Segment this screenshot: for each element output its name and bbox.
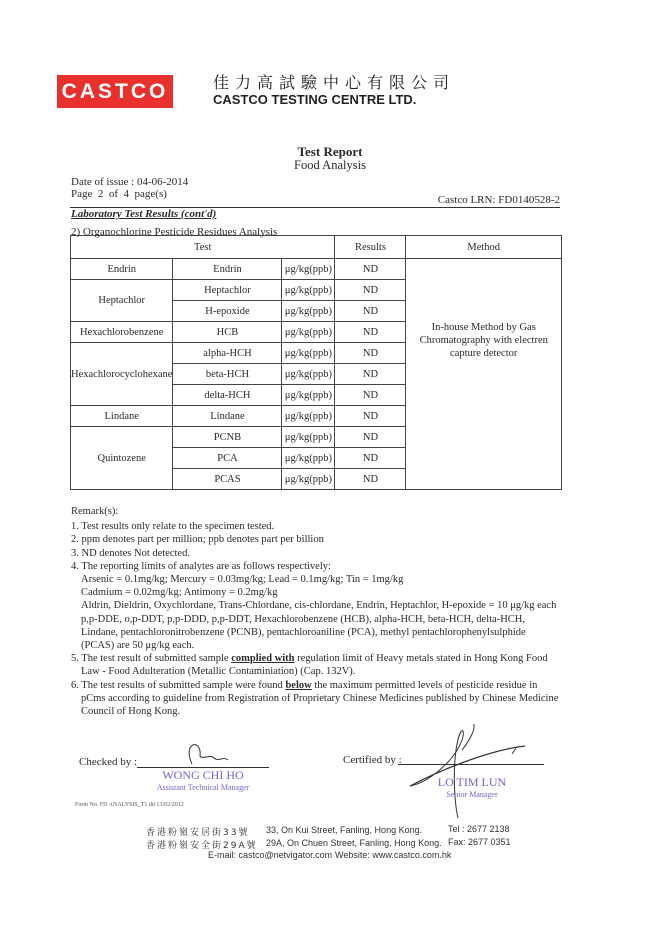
analyte-name: beta-HCH xyxy=(173,364,282,385)
form-number: Form No. FD ANALYSIS_T1 dd 13/02/2012 xyxy=(75,802,184,808)
certified-signer-name: LO TIM LUN xyxy=(432,775,512,790)
analyte-name: Lindane xyxy=(173,406,282,427)
analyte-unit: μg/kg(ppb) xyxy=(282,301,335,322)
analyte-group: Hexachlorocyclohexane xyxy=(71,343,173,406)
remark-4-pesticides: Aldrin, Dieldrin, Oxychlordane, Trans-Ch… xyxy=(71,599,561,652)
analyte-result: ND xyxy=(335,385,406,406)
remark-6: 6. The test results of submitted sample … xyxy=(71,679,561,719)
analyte-name: alpha-HCH xyxy=(173,343,282,364)
analyte-name: PCNB xyxy=(173,427,282,448)
analyte-group: Hexachlorobenzene xyxy=(71,322,173,343)
remark-6-text: 6. The test results of submitted sample … xyxy=(71,680,285,691)
table-header-row: Test Results Method xyxy=(71,236,562,259)
certified-by-label: Certified by : xyxy=(343,754,402,766)
remark-4-metals-2: Cadmium = 0.02mg/kg; Antimony = 0.2mg/kg xyxy=(71,586,561,599)
remark-6-emphasis: below xyxy=(285,680,311,691)
certified-signature-line xyxy=(398,764,544,765)
analyte-result: ND xyxy=(335,448,406,469)
company-name-english: CASTCO TESTING CENTRE LTD. xyxy=(213,92,416,107)
footer-email[interactable]: E-mail: castco@netvigator.com xyxy=(208,850,332,860)
results-table: Test Results Method EndrinEndrinμg/kg(pp… xyxy=(70,235,562,490)
date-of-issue-value: 04-06-2014 xyxy=(137,176,188,188)
analyte-unit: μg/kg(ppb) xyxy=(282,427,335,448)
analyte-name: PCA xyxy=(173,448,282,469)
analyte-result: ND xyxy=(335,469,406,490)
remark-1: 1. Test results only relate to the speci… xyxy=(71,520,561,533)
remark-3: 3. ND denotes Not detected. xyxy=(71,547,561,560)
certified-signature-icon xyxy=(400,720,540,820)
remark-5-emphasis: complied with xyxy=(231,653,294,664)
checked-signature-icon xyxy=(180,738,240,768)
remark-5: 5. The test result of submitted sample c… xyxy=(71,652,561,678)
analyte-unit: μg/kg(ppb) xyxy=(282,343,335,364)
table-row: EndrinEndrinμg/kg(ppb)NDIn-house Method … xyxy=(71,259,562,280)
analyte-result: ND xyxy=(335,427,406,448)
remark-5-text: 5. The test result of submitted sample xyxy=(71,653,231,664)
date-of-issue-label: Date of issue : xyxy=(71,176,134,188)
footer-fax: Fax: 2677 0351 xyxy=(448,837,511,847)
analyte-name: Heptachlor xyxy=(173,280,282,301)
section-heading: Laboratory Test Results (cont'd) xyxy=(71,208,216,220)
lrn-value: FD0140528-2 xyxy=(498,194,560,206)
certified-signer: LO TIM LUN Senior Manager xyxy=(432,775,512,799)
analyte-name: HCB xyxy=(173,322,282,343)
castco-logo: CASTCO xyxy=(57,75,173,108)
analyte-unit: μg/kg(ppb) xyxy=(282,322,335,343)
header-results: Results xyxy=(335,236,406,259)
analyte-unit: μg/kg(ppb) xyxy=(282,448,335,469)
analyte-unit: μg/kg(ppb) xyxy=(282,259,335,280)
analyte-result: ND xyxy=(335,364,406,385)
footer-address-2-en: 29A, On Chuen Street, Fanling, Hong Kong… xyxy=(266,838,442,848)
checked-signer: WONG CHI HO Assistant Technical Manager xyxy=(137,768,269,792)
analyte-unit: μg/kg(ppb) xyxy=(282,385,335,406)
date-of-issue: Date of issue : 04-06-2014 xyxy=(71,176,188,188)
footer-address-1-en: 33, On Kui Street, Fanling, Hong Kong. xyxy=(266,825,422,835)
castco-lrn: Castco LRN: FD0140528-2 xyxy=(438,194,560,206)
footer-address-1-cn: 香港粉嶺安居街33號 xyxy=(146,825,249,838)
analyte-result: ND xyxy=(335,322,406,343)
analyte-name: Endrin xyxy=(173,259,282,280)
checked-signer-name: WONG CHI HO xyxy=(137,768,269,783)
remark-4: 4. The reporting limits of analytes are … xyxy=(71,560,561,573)
analyte-result: ND xyxy=(335,406,406,427)
company-name-chinese: 佳力高試驗中心有限公司 xyxy=(213,70,455,93)
analyte-name: delta-HCH xyxy=(173,385,282,406)
checked-by-label: Checked by : xyxy=(79,756,137,768)
analyte-group: Quintozene xyxy=(71,427,173,490)
remarks-section: Remark(s): 1. Test results only relate t… xyxy=(71,505,561,718)
checked-signer-role: Assistant Technical Manager xyxy=(137,783,269,792)
certified-signer-role: Senior Manager xyxy=(432,790,512,799)
analyte-result: ND xyxy=(335,343,406,364)
analyte-result: ND xyxy=(335,259,406,280)
analyte-name: PCAS xyxy=(173,469,282,490)
method-cell: In-house Method by Gas Chromatography wi… xyxy=(406,259,562,490)
footer-website[interactable]: Website: www.castco.com.hk xyxy=(335,850,451,860)
analyte-result: ND xyxy=(335,301,406,322)
analyte-group: Heptachlor xyxy=(71,280,173,322)
analyte-group: Lindane xyxy=(71,406,173,427)
method-description: In-house Method by Gas Chromatography wi… xyxy=(410,321,557,360)
analyte-result: ND xyxy=(335,280,406,301)
footer-tel: Tel : 2677 2138 xyxy=(448,824,510,834)
remark-2: 2. ppm denotes part per million; ppb den… xyxy=(71,533,561,546)
header-method: Method xyxy=(406,236,562,259)
page-info: Page 2 of 4 page(s) xyxy=(71,188,167,200)
analyte-name: H-epoxide xyxy=(173,301,282,322)
analyte-group: Endrin xyxy=(71,259,173,280)
header-test: Test xyxy=(71,236,335,259)
analyte-unit: μg/kg(ppb) xyxy=(282,469,335,490)
remark-4-metals-1: Arsenic = 0.1mg/kg; Mercury = 0.03mg/kg;… xyxy=(71,573,561,586)
lrn-label: Castco LRN: xyxy=(438,194,496,206)
remarks-heading: Remark(s): xyxy=(71,505,561,518)
analyte-unit: μg/kg(ppb) xyxy=(282,406,335,427)
report-subtitle: Food Analysis xyxy=(0,158,660,173)
analyte-unit: μg/kg(ppb) xyxy=(282,280,335,301)
analyte-unit: μg/kg(ppb) xyxy=(282,364,335,385)
